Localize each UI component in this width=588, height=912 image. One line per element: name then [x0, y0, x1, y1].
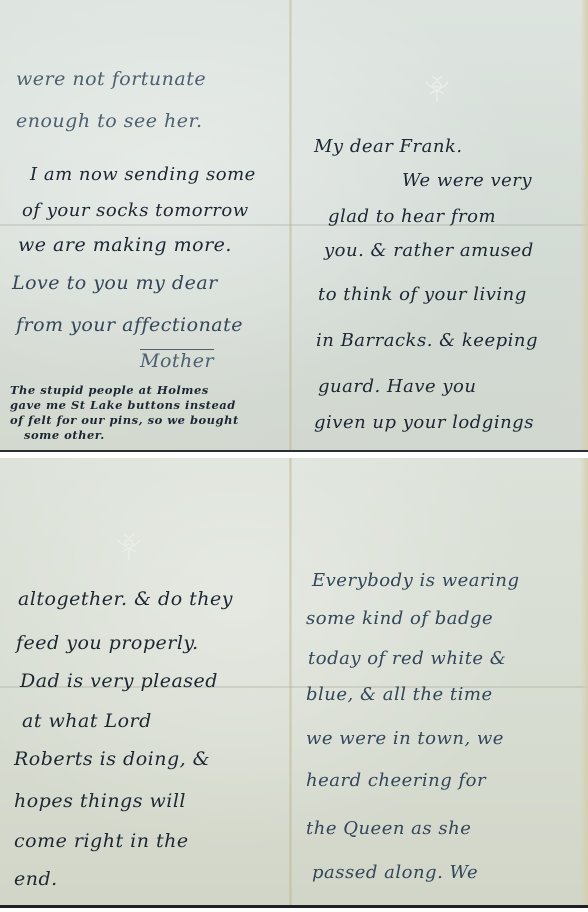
text-line: feed you properly.: [16, 632, 199, 654]
text-line: guard. Have you: [318, 376, 477, 397]
salutation: My dear Frank.: [314, 136, 463, 157]
text-line: we are making more.: [18, 234, 232, 256]
text-line: were not fortunate: [16, 68, 206, 90]
text-line: end.: [14, 868, 58, 890]
text-line: Dad is very pleased: [20, 670, 218, 692]
postscript-line: some other.: [24, 428, 105, 442]
text-line: Roberts is doing, &: [14, 748, 210, 770]
top-right-page: My dear Frank. We were very glad to hear…: [292, 0, 582, 450]
bottom-left-page: altogether. & do they feed you properly.…: [0, 458, 289, 905]
text-line: passed along. We: [312, 862, 478, 883]
text-line: from your affectionate: [16, 314, 243, 336]
text-line: to think of your living: [318, 284, 527, 305]
embossed-crest-icon: [112, 530, 146, 564]
text-line: heard cheering for: [306, 770, 486, 791]
postscript-line: The stupid people at Holmes: [10, 383, 209, 397]
text-line: altogether. & do they: [18, 588, 233, 610]
text-line: the Queen as she: [306, 818, 471, 839]
text-line: hopes things will: [14, 790, 186, 812]
letter-sheet-bottom: altogether. & do they feed you properly.…: [0, 458, 588, 908]
text-line: today of red white &: [308, 648, 506, 669]
letter-sheet-top: were not fortunate enough to see her. I …: [0, 0, 588, 452]
text-line: of your socks tomorrow: [22, 200, 249, 221]
text-line: I am now sending some: [30, 164, 256, 185]
text-line: come right in the: [14, 830, 189, 852]
top-left-page: were not fortunate enough to see her. I …: [0, 0, 289, 450]
text-line: you. & rather amused: [324, 240, 534, 261]
text-line: given up your lodgings: [314, 412, 534, 433]
text-line: enough to see her.: [16, 110, 203, 132]
text-line: We were very: [402, 170, 532, 191]
bottom-right-page: Everybody is wearing some kind of badge …: [292, 458, 582, 905]
text-line: at what Lord: [22, 710, 152, 732]
text-line: in Barracks. & keeping: [316, 330, 538, 351]
postscript-line: gave me St Lake buttons instead: [10, 398, 236, 412]
text-line: Everybody is wearing: [312, 570, 520, 591]
text-line: glad to hear from: [328, 206, 496, 227]
text-line: we were in town, we: [306, 728, 504, 749]
embossed-crest-icon: [420, 72, 454, 106]
signature: Mother: [140, 350, 214, 372]
postscript-line: of felt for our pins, so we bought: [10, 413, 239, 427]
text-line: Love to you my dear: [12, 272, 218, 294]
text-line: some kind of badge: [306, 608, 493, 629]
text-line: blue, & all the time: [306, 684, 493, 705]
